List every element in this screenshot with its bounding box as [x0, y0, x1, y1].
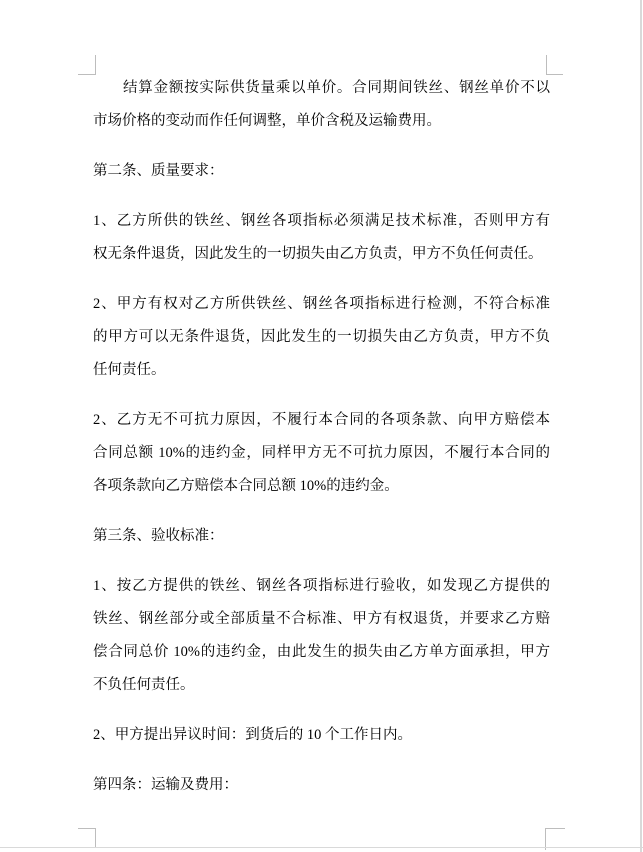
text-line: 市场价格的变动而作任何调整，单价含税及运输费用。	[93, 105, 550, 138]
text-line: 任何责任。	[93, 354, 550, 387]
document-page: 结算金额按实际供货量乘以单价。合同期间铁丝、钢丝单价不以市场价格的变动而作任何调…	[0, 0, 643, 852]
text-line: 第四条：运输及费用：	[93, 769, 550, 802]
body-paragraph: 1、乙方所供的铁丝、钢丝各项指标必须满足技术标准，否则甲方有权无条件退货，因此发…	[93, 205, 550, 271]
page-right-edge	[640, 0, 642, 852]
text-line: 各项条款向乙方赔偿本合同总额 10%的违约金。	[93, 470, 550, 503]
heading-paragraph: 第四条：运输及费用：	[93, 769, 550, 802]
body-paragraph: 2、乙方无不可抗力原因，不履行本合同的各项条款、向甲方赔偿本合同总额 10%的违…	[93, 404, 550, 503]
heading-paragraph: 第二条、质量要求：	[93, 155, 550, 188]
text-line: 1、按乙方提供的铁丝、钢丝各项指标进行验收，如发现乙方提供的	[93, 570, 550, 603]
text-line: 偿合同总价 10%的违约金，由此发生的损失由乙方单方面承担，甲方	[93, 636, 550, 669]
page-bottom-edge	[0, 847, 643, 848]
text-line: 合同总额 10%的违约金，同样甲方无不可抗力原因，不履行本合同的	[93, 437, 550, 470]
crop-mark-bottom-left	[78, 828, 96, 847]
body-paragraph: 1、按乙方提供的铁丝、钢丝各项指标进行验收，如发现乙方提供的铁丝、钢丝部分或全部…	[93, 570, 550, 702]
text-line: 第三条、验收标准：	[93, 520, 550, 553]
body-paragraph: 结算金额按实际供货量乘以单价。合同期间铁丝、钢丝单价不以市场价格的变动而作任何调…	[93, 72, 550, 138]
document-text: 结算金额按实际供货量乘以单价。合同期间铁丝、钢丝单价不以市场价格的变动而作任何调…	[93, 72, 550, 819]
text-line: 第二条、质量要求：	[93, 155, 550, 188]
text-line: 权无条件退货，因此发生的一切损失由乙方负责，甲方不负任何责任。	[93, 238, 550, 271]
text-line: 结算金额按实际供货量乘以单价。合同期间铁丝、钢丝单价不以	[93, 72, 550, 105]
text-line: 1、乙方所供的铁丝、钢丝各项指标必须满足技术标准，否则甲方有	[93, 205, 550, 238]
text-line: 不负任何责任。	[93, 669, 550, 702]
heading-paragraph: 第三条、验收标准：	[93, 520, 550, 553]
text-line: 2、甲方有权对乙方所供铁丝、钢丝各项指标进行检测，不符合标准	[93, 288, 550, 321]
body-paragraph: 2、甲方提出异议时间：到货后的 10 个工作日内。	[93, 719, 550, 752]
text-line: 2、甲方提出异议时间：到货后的 10 个工作日内。	[93, 719, 550, 752]
text-line: 2、乙方无不可抗力原因，不履行本合同的各项条款、向甲方赔偿本	[93, 404, 550, 437]
text-line: 铁丝、钢丝部分或全部质量不合标准、甲方有权退货，并要求乙方赔	[93, 603, 550, 636]
body-paragraph: 2、甲方有权对乙方所供铁丝、钢丝各项指标进行检测，不符合标准的甲方可以无条件退货…	[93, 288, 550, 387]
text-line: 的甲方可以无条件退货，因此发生的一切损失由乙方负责，甲方不负	[93, 321, 550, 354]
